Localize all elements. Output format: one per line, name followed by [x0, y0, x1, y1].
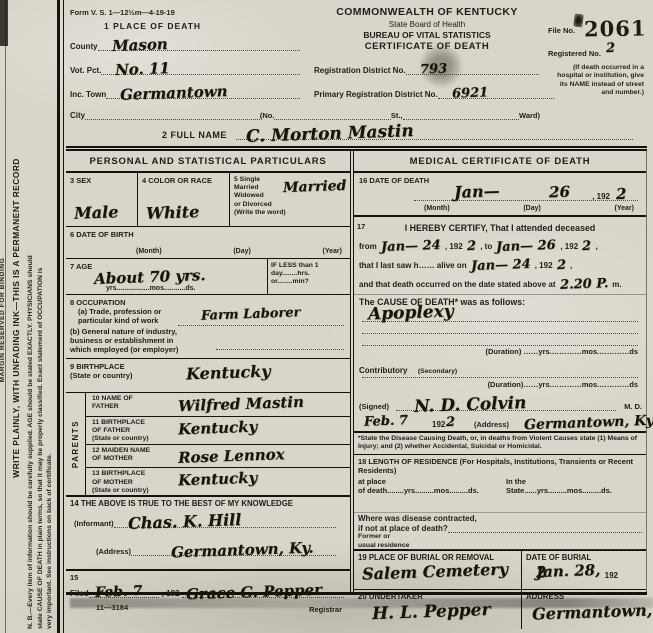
- county-handwritten: Mason: [111, 35, 167, 55]
- parents-section: PARENTS 10 NAME OF FATHER Wilfred Mastin…: [66, 393, 350, 497]
- signed-row: (Signed) N. D. Colvin M. D.: [354, 391, 646, 415]
- father-name-row: 10 NAME OF FATHER Wilfred Mastin: [86, 393, 350, 417]
- parents-sidebar: PARENTS: [66, 393, 86, 495]
- commonwealth-title: COMMONWEALTH OF KENTUCKY: [308, 6, 546, 18]
- registration-district-label: Registration District No.: [314, 66, 406, 75]
- filed-row: Filed Feb. 7 , 192 Grace G. Pepper: [70, 585, 344, 598]
- former-residence-line: [409, 540, 642, 550]
- contributory-label: Contributory: [359, 366, 407, 375]
- form-header: Form V. S. 1—12½m—4-19-19 1 PLACE OF DEA…: [66, 0, 647, 120]
- residence-at-place-label: at place of death........yrs.........mos…: [358, 477, 492, 495]
- duration-secondary-label: (Duration)……yrs.…………mos.…………ds: [362, 377, 638, 389]
- medical-certificate-column: MEDICAL CERTIFICATE OF DEATH 16 DATE OF …: [354, 151, 647, 592]
- father-name-handwritten: Wilfred Mastin: [178, 393, 304, 415]
- occupation-a-line: [178, 325, 344, 326]
- attestation-label: 14 THE ABOVE IS TRUE TO THE BEST OF MY K…: [70, 499, 346, 508]
- file-no-label: File No.: [548, 26, 575, 35]
- county-line: Mason: [98, 38, 300, 51]
- city-ward-line: [403, 108, 519, 120]
- informant-address-handwritten: Germantown, Ky.: [171, 539, 314, 562]
- age-if-less-cell: IF LESS than 1 day........hrs. or.......…: [268, 259, 350, 294]
- county-field: County Mason: [70, 38, 300, 51]
- registration-district-handwritten: 793: [419, 62, 447, 78]
- last-saw-year-printed: , 192: [535, 261, 553, 270]
- parents-rows: 10 NAME OF FATHER Wilfred Mastin 11 BIRT…: [86, 393, 350, 495]
- occurred-label: and that death occurred on the date stat…: [359, 280, 555, 289]
- cause-of-death-section: The CAUSE OF DEATH* was as follows: Apop…: [354, 295, 646, 359]
- race-handwritten: White: [146, 202, 200, 223]
- residence-in-state-label: In the State......yrs.........mos.......…: [506, 477, 640, 495]
- contracted-label-2: if not at place of death?: [358, 524, 448, 533]
- certify-from-label: from: [359, 242, 377, 251]
- undertaker-section: 20 UNDERTAKER H. L. Pepper ADDRESS Germa…: [354, 589, 646, 629]
- signed-date-row: Feb. 7 192 2 (Address) Germantown, Ky: [354, 415, 646, 433]
- death-certificate-scan: MARGIN RESERVED FOR BINDING WRITE PLAINL…: [0, 0, 653, 633]
- certificate-form: Form V. S. 1—12½m—4-19-19 1 PLACE OF DEA…: [66, 0, 647, 633]
- informant-address-label: (Address): [96, 547, 131, 556]
- state-heading: COMMONWEALTH OF KENTUCKY State Board of …: [308, 6, 546, 52]
- attended-from-year-handwritten: 2: [467, 238, 477, 256]
- cause-line-1: [362, 321, 638, 322]
- date-of-birth-row: 6 DATE OF BIRTH (Month) (Day) (Year): [66, 227, 350, 259]
- medical-section-title: MEDICAL CERTIFICATE OF DEATH: [354, 151, 646, 173]
- mother-maiden-name-handwritten: Rose Lennox: [178, 445, 285, 467]
- registrar-signature-line: Grace G. Pepper: [182, 585, 344, 598]
- ink-stamp-mark: [573, 13, 584, 27]
- voting-precinct-field: Vot. Pct. No. 11: [70, 62, 300, 75]
- birthplace-handwritten: Kentucky: [186, 362, 271, 384]
- dob-month-label: (Month): [136, 248, 162, 255]
- personal-section-title: PERSONAL AND STATISTICAL PARTICULARS: [66, 151, 350, 173]
- attended-to-handwritten: Jan— 26: [496, 237, 556, 257]
- bureau-subtitle: BUREAU OF VITAL STATISTICS: [308, 30, 546, 40]
- mother-maiden-name-row: 12 MAIDEN NAME OF MOTHER Rose Lennox: [86, 445, 350, 469]
- signed-year-handwritten: 2: [446, 415, 456, 430]
- attended-to-year-handwritten: 2: [582, 238, 592, 256]
- signed-year-printed: 192: [432, 420, 445, 429]
- board-subtitle: State Board of Health: [308, 20, 546, 29]
- dob-label: 6 DATE OF BIRTH: [70, 230, 346, 239]
- informant-handwritten: Chas. K. Hill: [127, 510, 241, 533]
- sex-cell: 3 SEX Male: [66, 173, 138, 226]
- certificate-body: PERSONAL AND STATISTICAL PARTICULARS 3 S…: [66, 151, 647, 595]
- place-of-burial-cell: 19 PLACE OF BURIAL OR REMOVAL Salem Ceme…: [354, 551, 522, 589]
- filed-label: Filed: [70, 589, 89, 598]
- age-units-label: yrs.................mos...........ds.: [106, 285, 263, 292]
- father-birthplace-row: 11 BIRTHPLACE OF FATHER (State or countr…: [86, 417, 350, 445]
- death-year-handwritten: 2: [615, 185, 626, 203]
- place-of-death-title: 1 PLACE OF DEATH: [104, 21, 201, 31]
- informant-line: Chas. K. Hill: [114, 515, 336, 528]
- dob-year-label: (Year): [323, 248, 342, 255]
- place-of-burial-handwritten: Salem Cemetery: [362, 560, 509, 584]
- filed-date-line: Feb. 7: [89, 585, 159, 598]
- dob-month-day-year: (Month) (Day) (Year): [136, 248, 342, 255]
- primary-registration-label: Primary Registration District No.: [314, 90, 438, 99]
- date-of-death-label: 16 DATE OF DEATH: [359, 176, 641, 185]
- certify-line-saw: that I last saw h…… alive on Jan— 24 , 1…: [359, 256, 641, 275]
- primary-registration-field: Primary Registration District No. 6921: [314, 86, 554, 99]
- death-year-label: (Year): [615, 205, 634, 212]
- filed-year-printed: , 192: [162, 589, 180, 598]
- mother-birthplace-row: 13 BIRTHPLACE OF MOTHER (State or countr…: [86, 468, 350, 495]
- occupation-label: 8 OCCUPATION: [70, 298, 346, 307]
- county-label: County: [70, 42, 98, 51]
- former-residence-field: Former or usual residence: [358, 533, 642, 549]
- mother-birthplace-handwritten: Kentucky: [178, 469, 258, 490]
- cause-footnote: *State the Disease Causing Death, or, in…: [354, 433, 646, 455]
- contracted-label-1: Where was disease contracted,: [358, 514, 642, 523]
- margin-permanent-text: WRITE PLAINLY, WITH UNFADING INK—THIS IS…: [11, 8, 21, 628]
- city-label: City: [70, 111, 85, 120]
- voting-precinct-label: Vot. Pct.: [70, 66, 101, 75]
- sex-handwritten: Male: [74, 202, 119, 223]
- certify-from-year-printed: , 192: [445, 242, 463, 251]
- certify-intro: I HEREBY CERTIFY, That I attended deceas…: [359, 219, 641, 237]
- sex-race-marital-row: 3 SEX Male 4 COLOR OR RACE White 5 Singl…: [66, 173, 350, 227]
- city-no-line: [85, 108, 260, 120]
- death-day-label: (Day): [523, 205, 541, 212]
- age-if-less-label: IF LESS than 1 day........hrs. or.......…: [271, 262, 347, 287]
- city-st-label: St.,: [391, 111, 403, 120]
- informant-address-line: Germantown, Ky.: [131, 543, 336, 556]
- city-st-line: [274, 108, 390, 120]
- death-day-handwritten: 26: [549, 183, 570, 202]
- file-no-field: File No. 2061: [548, 26, 644, 35]
- registration-district-field: Registration District No. 793: [314, 62, 539, 75]
- voting-precinct-handwritten: No. 11: [115, 59, 170, 79]
- informant-field: (Informant) Chas. K. Hill: [74, 515, 336, 528]
- registered-no-label: Registered No.: [548, 49, 601, 58]
- primary-registration-line: 6921: [438, 86, 554, 99]
- registration-district-line: 793: [406, 62, 539, 75]
- marital-handwritten: Married: [282, 178, 346, 196]
- sex-label: 3 SEX: [70, 176, 133, 185]
- md-label: M. D.: [624, 402, 642, 411]
- race-label: 4 COLOR OR RACE: [142, 176, 225, 185]
- occupation-row: 8 OCCUPATION (a) Trade, profession or pa…: [66, 295, 350, 359]
- binding-rule: [57, 0, 64, 633]
- form-number: Form V. S. 1—12½m—4-19-19: [70, 8, 175, 17]
- marital-cell: 5 Single Married Widowed or Divorced (Wr…: [230, 173, 350, 226]
- registered-no-handwritten: 2: [606, 41, 616, 56]
- physician-signature-handwritten: N. D. Colvin: [414, 393, 527, 417]
- last-saw-handwritten: Jan— 24: [471, 256, 531, 276]
- burial-section: 19 PLACE OF BURIAL OR REMOVAL Salem Ceme…: [354, 549, 646, 589]
- personal-particulars-column: PERSONAL AND STATISTICAL PARTICULARS 3 S…: [66, 151, 354, 592]
- attended-from-handwritten: Jan— 24: [381, 237, 441, 257]
- death-month-day-year-labels: (Month) (Day) (Year): [424, 205, 634, 212]
- cause-line-2: [362, 333, 638, 334]
- file-registered-block: File No. 2061 Registered No. 2 (If death…: [548, 26, 644, 98]
- former-residence-label: Former or usual residence: [358, 533, 409, 549]
- last-saw-comma: ,: [570, 261, 572, 270]
- death-month-handwritten: Jan—: [454, 181, 500, 202]
- length-of-residence-section: 18 LENGTH OF RESIDENCE (For Hospitals, I…: [354, 455, 646, 513]
- informant-address-field: (Address) Germantown, Ky.: [96, 543, 336, 556]
- date-of-death-row: 16 DATE OF DEATH Jan— 26 , 192 2 (Month)…: [354, 173, 646, 217]
- city-field: City (No. St., Ward): [70, 108, 540, 120]
- occurred-time-handwritten: 2.20 P.: [559, 275, 608, 295]
- disease-contracted-section: Where was disease contracted, if not at …: [354, 513, 646, 549]
- city-no-label: (No.: [260, 111, 275, 120]
- informant-label: (Informant): [74, 519, 114, 528]
- parents-label: PARENTS: [71, 420, 80, 468]
- certify-section: 17 I HEREBY CERTIFY, That I attended dec…: [354, 217, 646, 295]
- death-month-label: (Month): [424, 205, 450, 212]
- signed-label: (Signed): [359, 402, 389, 411]
- scan-smudge-bottom: [70, 598, 653, 608]
- undertaker-cell: 20 UNDERTAKER H. L. Pepper: [354, 590, 522, 629]
- date-of-burial-cell: DATE OF BURIAL Jan. 28, 192 2: [522, 551, 646, 589]
- signed-date-handwritten: Feb. 7: [364, 413, 408, 430]
- dob-day-label: (Day): [233, 248, 251, 255]
- certify-line-from: from Jan— 24 , 192 2 , to Jan— 26 , 192 …: [359, 237, 641, 256]
- file-no-stamp: 2061: [584, 15, 647, 41]
- physician-address-handwritten: Germantown, Ky: [524, 413, 653, 434]
- certify-to-year-printed: , 192: [560, 242, 578, 251]
- age-row: 7 AGE About 70 yrs. yrs.................…: [66, 259, 350, 295]
- race-cell: 4 COLOR OR RACE White: [138, 173, 230, 226]
- margin-binding-text: MARGIN RESERVED FOR BINDING: [0, 140, 6, 500]
- length-of-residence-label: 18 LENGTH OF RESIDENCE (For Hospitals, I…: [358, 457, 642, 475]
- father-birthplace-handwritten: Kentucky: [178, 418, 258, 439]
- certify-comma: ,: [596, 242, 598, 251]
- death-year-printed: , 192: [592, 192, 610, 201]
- occurred-m-label: m.: [612, 280, 621, 289]
- registered-no-field: Registered No. 2: [548, 49, 644, 58]
- contributory-section: Contributory (Secondary) (Duration)……yrs…: [354, 359, 646, 391]
- primary-registration-handwritten: 6921: [451, 85, 488, 101]
- contracted-line: [448, 523, 642, 533]
- full-name-label: 2 FULL NAME: [162, 130, 227, 140]
- signed-address-label: (Address): [474, 420, 509, 429]
- margin-nb-text: N. B.—Every item of information should b…: [26, 5, 55, 629]
- age-cell: 7 AGE About 70 yrs. yrs.................…: [66, 259, 268, 294]
- certify-line-occurred: and that death occurred on the date stat…: [359, 275, 641, 294]
- residence-columns: at place of death........yrs.........mos…: [358, 477, 640, 495]
- hospital-note: (If death occurred in a hospital or inst…: [548, 64, 644, 98]
- attestation-section: 14 THE ABOVE IS TRUE TO THE BEST OF MY K…: [66, 497, 350, 571]
- last-saw-year-handwritten: 2: [556, 257, 566, 275]
- inc-town-handwritten: Germantown: [120, 82, 228, 104]
- certify-number: 17: [357, 218, 365, 236]
- duration-label: (Duration) ……yrs.…………mos.…………ds: [362, 347, 638, 356]
- birthplace-row: 9 BIRTHPLACE (State or country) Kentucky: [66, 359, 350, 393]
- undertaker-address-cell: ADDRESS Germantown, Ky.: [522, 590, 646, 629]
- last-saw-label: that I last saw h…… alive on: [359, 261, 467, 270]
- inc-town-line: Germantown: [106, 86, 300, 99]
- city-ward-label: Ward): [519, 111, 540, 120]
- cause-line-3: [362, 345, 638, 346]
- voting-precinct-line: No. 11: [101, 62, 300, 75]
- full-name-handwritten: C. Morton Mastin: [246, 121, 414, 147]
- secondary-label: (Secondary): [418, 368, 457, 375]
- occupation-b-line: [216, 349, 344, 350]
- inc-town-label: Inc. Town: [70, 90, 106, 99]
- inc-town-field: Inc. Town Germantown: [70, 86, 300, 99]
- scan-smudge-corner: [0, 0, 8, 46]
- certify-to-label: , to: [480, 242, 492, 251]
- full-name-row: 2 FULL NAME C. Morton Mastin: [66, 120, 647, 146]
- contracted-field: if not at place of death?: [358, 523, 642, 533]
